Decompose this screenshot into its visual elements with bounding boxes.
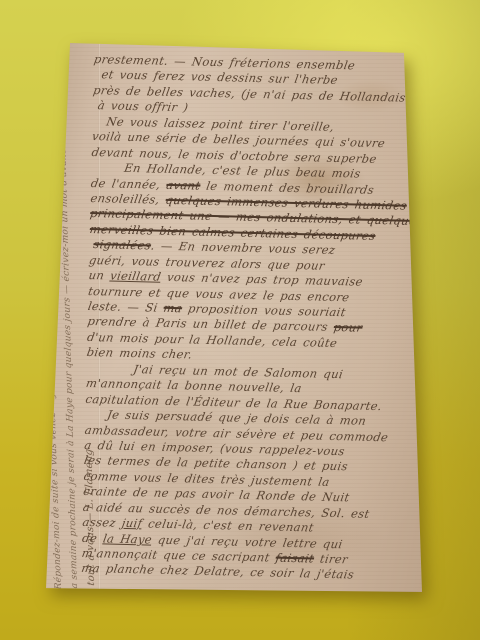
letter-paper-wrapper: Répondez-moi de suite si vous venez — je…	[46, 43, 422, 592]
struck-text: avant	[165, 177, 201, 192]
handwritten-text: celui-là, c'est en revenant	[141, 516, 315, 534]
handwritten-text: assez	[82, 515, 124, 530]
photo-background: { "colors": { "background_yellow_top": "…	[0, 0, 480, 640]
handwritten-text: ensoleillés,	[89, 191, 166, 207]
struck-text: signalées	[92, 237, 152, 252]
letter-text: prestement. — Nous fréterions ensembleet…	[80, 52, 409, 584]
margin-annotation-line: Répondez-moi de suite si vous venez — je…	[37, 105, 64, 590]
handwritten-text: bien moins cher.	[86, 345, 194, 362]
handwritten-text: de	[81, 530, 104, 544]
handwritten-text: de l'année,	[90, 176, 168, 192]
letter-paper: Répondez-moi de suite si vous venez — je…	[46, 43, 422, 592]
handwritten-text: leste. — Si	[87, 299, 165, 315]
struck-text: pour	[333, 320, 364, 335]
struck-text: faisait	[275, 551, 316, 566]
handwritten-text: la Haye	[102, 531, 153, 546]
handwritten-text: tirer	[313, 552, 349, 567]
handwritten-text: un	[88, 268, 112, 282]
handwritten-text: à vous offrir )	[97, 98, 190, 114]
handwritten-text: juif	[121, 516, 144, 530]
handwritten-text: vieillard	[109, 269, 162, 284]
